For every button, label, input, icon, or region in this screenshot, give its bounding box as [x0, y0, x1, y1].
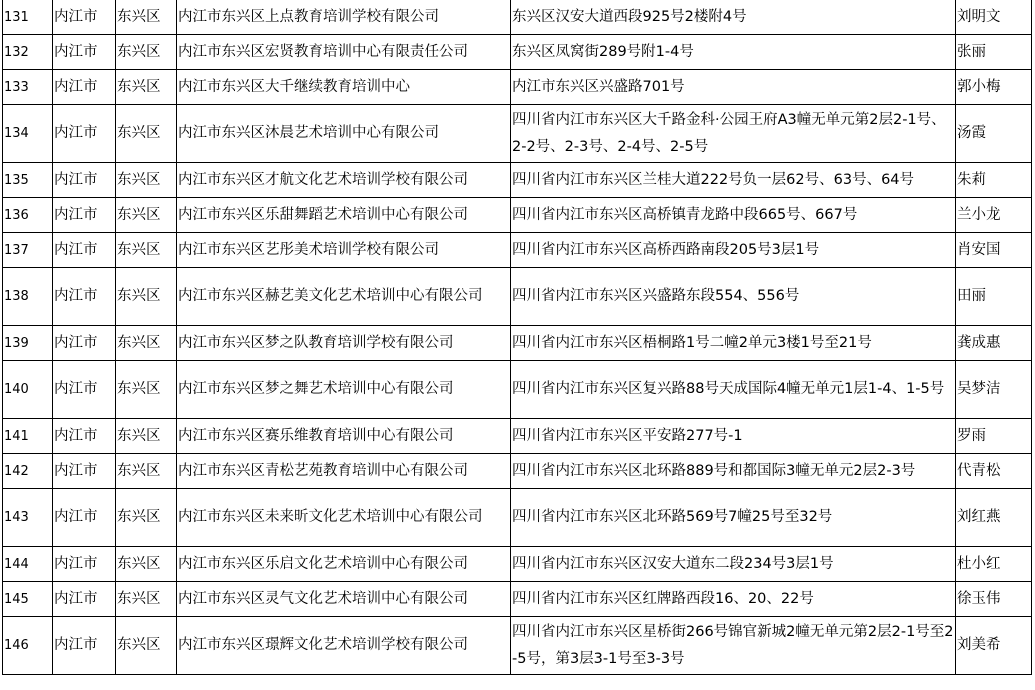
row-number-cell: 132 — [3, 35, 53, 70]
institution-name-cell: 内江市东兴区未来昕文化艺术培训中心有限公司 — [177, 489, 511, 547]
address-cell: 四川省内江市东兴区高桥镇青龙路中段665号、667号 — [511, 198, 956, 233]
table-row: 137内江市东兴区内江市东兴区艺彤美术培训学校有限公司四川省内江市东兴区高桥西路… — [3, 233, 1032, 268]
legal-representative-cell: 郭小梅 — [956, 70, 1032, 105]
district-cell: 东兴区 — [116, 617, 177, 675]
district-cell: 东兴区 — [116, 105, 177, 163]
institution-name-cell: 内江市东兴区赫艺美文化艺术培训中心有限公司 — [177, 268, 511, 326]
district-cell: 东兴区 — [116, 70, 177, 105]
legal-representative-cell: 田丽 — [956, 268, 1032, 326]
district-cell: 东兴区 — [116, 326, 177, 361]
row-number-cell: 139 — [3, 326, 53, 361]
institution-name-cell: 内江市东兴区梦之舞艺术培训中心有限公司 — [177, 361, 511, 419]
institution-name-cell: 内江市东兴区上点教育培训学校有限公司 — [177, 0, 511, 35]
legal-representative-cell: 肖安国 — [956, 233, 1032, 268]
address-cell: 四川省内江市东兴区高桥西路南段205号3层1号 — [511, 233, 956, 268]
table-row: 136内江市东兴区内江市东兴区乐甜舞蹈艺术培训中心有限公司四川省内江市东兴区高桥… — [3, 198, 1032, 233]
row-number-cell: 136 — [3, 198, 53, 233]
legal-representative-cell: 代青松 — [956, 454, 1032, 489]
legal-representative-cell: 兰小龙 — [956, 198, 1032, 233]
city-cell: 内江市 — [53, 198, 116, 233]
district-cell: 东兴区 — [116, 0, 177, 35]
institution-name-cell: 内江市东兴区灵气文化艺术培训中心有限公司 — [177, 582, 511, 617]
legal-representative-cell: 张丽 — [956, 35, 1032, 70]
row-number-cell: 137 — [3, 233, 53, 268]
city-cell: 内江市 — [53, 0, 116, 35]
institution-name-cell: 内江市东兴区乐启文化艺术培训中心有限公司 — [177, 547, 511, 582]
institution-table: 131内江市东兴区内江市东兴区上点教育培训学校有限公司东兴区汉安大道西段925号… — [2, 0, 1032, 675]
row-number-cell: 131 — [3, 0, 53, 35]
city-cell: 内江市 — [53, 582, 116, 617]
address-cell: 东兴区汉安大道西段925号2楼附4号 — [511, 0, 956, 35]
address-cell: 四川省内江市东兴区红牌路西段16、20、22号 — [511, 582, 956, 617]
legal-representative-cell: 刘明文 — [956, 0, 1032, 35]
table-row: 139内江市东兴区内江市东兴区梦之队教育培训学校有限公司四川省内江市东兴区梧桐路… — [3, 326, 1032, 361]
institution-name-cell: 内江市东兴区才航文化艺术培训学校有限公司 — [177, 163, 511, 198]
legal-representative-cell: 杜小红 — [956, 547, 1032, 582]
institution-name-cell: 内江市东兴区璟辉文化艺术培训学校有限公司 — [177, 617, 511, 675]
city-cell: 内江市 — [53, 268, 116, 326]
district-cell: 东兴区 — [116, 198, 177, 233]
legal-representative-cell: 汤霞 — [956, 105, 1032, 163]
district-cell: 东兴区 — [116, 268, 177, 326]
legal-representative-cell: 朱莉 — [956, 163, 1032, 198]
legal-representative-cell: 吴梦洁 — [956, 361, 1032, 419]
address-cell: 四川省内江市东兴区星桥街266号锦官新城2幢无单元第2层2-1号至2-5号，第3… — [511, 617, 956, 675]
city-cell: 内江市 — [53, 547, 116, 582]
city-cell: 内江市 — [53, 70, 116, 105]
table-row: 134内江市东兴区内江市东兴区沐晨艺术培训中心有限公司四川省内江市东兴区大千路金… — [3, 105, 1032, 163]
city-cell: 内江市 — [53, 105, 116, 163]
table-row: 138内江市东兴区内江市东兴区赫艺美文化艺术培训中心有限公司四川省内江市东兴区兴… — [3, 268, 1032, 326]
city-cell: 内江市 — [53, 489, 116, 547]
address-cell: 四川省内江市东兴区汉安大道东二段234号3层1号 — [511, 547, 956, 582]
row-number-cell: 141 — [3, 419, 53, 454]
institution-name-cell: 内江市东兴区青松艺苑教育培训中心有限公司 — [177, 454, 511, 489]
table-row: 131内江市东兴区内江市东兴区上点教育培训学校有限公司东兴区汉安大道西段925号… — [3, 0, 1032, 35]
row-number-cell: 143 — [3, 489, 53, 547]
table-row: 140内江市东兴区内江市东兴区梦之舞艺术培训中心有限公司四川省内江市东兴区复兴路… — [3, 361, 1032, 419]
address-cell: 四川省内江市东兴区平安路277号-1 — [511, 419, 956, 454]
city-cell: 内江市 — [53, 326, 116, 361]
row-number-cell: 145 — [3, 582, 53, 617]
address-cell: 四川省内江市东兴区北环路889号和都国际3幢无单元2层2-3号 — [511, 454, 956, 489]
table-row: 144内江市东兴区内江市东兴区乐启文化艺术培训中心有限公司四川省内江市东兴区汉安… — [3, 547, 1032, 582]
table-row: 133内江市东兴区内江市东兴区大千继续教育培训中心内江市东兴区兴盛路701号郭小… — [3, 70, 1032, 105]
table-row: 146内江市东兴区内江市东兴区璟辉文化艺术培训学校有限公司四川省内江市东兴区星桥… — [3, 617, 1032, 675]
district-cell: 东兴区 — [116, 35, 177, 70]
row-number-cell: 138 — [3, 268, 53, 326]
address-cell: 四川省内江市东兴区大千路金科·公园王府A3幢无单元第2层2-1号、2-2号、2-… — [511, 105, 956, 163]
district-cell: 东兴区 — [116, 454, 177, 489]
district-cell: 东兴区 — [116, 547, 177, 582]
table-row: 135内江市东兴区内江市东兴区才航文化艺术培训学校有限公司四川省内江市东兴区兰桂… — [3, 163, 1032, 198]
city-cell: 内江市 — [53, 35, 116, 70]
city-cell: 内江市 — [53, 419, 116, 454]
district-cell: 东兴区 — [116, 163, 177, 198]
table-row: 141内江市东兴区内江市东兴区赛乐维教育培训中心有限公司四川省内江市东兴区平安路… — [3, 419, 1032, 454]
institution-name-cell: 内江市东兴区赛乐维教育培训中心有限公司 — [177, 419, 511, 454]
district-cell: 东兴区 — [116, 419, 177, 454]
table-row: 142内江市东兴区内江市东兴区青松艺苑教育培训中心有限公司四川省内江市东兴区北环… — [3, 454, 1032, 489]
row-number-cell: 142 — [3, 454, 53, 489]
institution-name-cell: 内江市东兴区沐晨艺术培训中心有限公司 — [177, 105, 511, 163]
legal-representative-cell: 罗雨 — [956, 419, 1032, 454]
address-cell: 内江市东兴区兴盛路701号 — [511, 70, 956, 105]
table-row: 143内江市东兴区内江市东兴区未来昕文化艺术培训中心有限公司四川省内江市东兴区北… — [3, 489, 1032, 547]
address-cell: 四川省内江市东兴区兰桂大道222号负一层62号、63号、64号 — [511, 163, 956, 198]
row-number-cell: 134 — [3, 105, 53, 163]
table-row: 132内江市东兴区内江市东兴区宏贤教育培训中心有限责任公司东兴区凤窝街289号附… — [3, 35, 1032, 70]
district-cell: 东兴区 — [116, 361, 177, 419]
district-cell: 东兴区 — [116, 489, 177, 547]
address-cell: 四川省内江市东兴区兴盛路东段554、556号 — [511, 268, 956, 326]
institution-name-cell: 内江市东兴区梦之队教育培训学校有限公司 — [177, 326, 511, 361]
city-cell: 内江市 — [53, 163, 116, 198]
row-number-cell: 144 — [3, 547, 53, 582]
row-number-cell: 140 — [3, 361, 53, 419]
row-number-cell: 133 — [3, 70, 53, 105]
institution-name-cell: 内江市东兴区宏贤教育培训中心有限责任公司 — [177, 35, 511, 70]
city-cell: 内江市 — [53, 233, 116, 268]
city-cell: 内江市 — [53, 454, 116, 489]
row-number-cell: 135 — [3, 163, 53, 198]
district-cell: 东兴区 — [116, 233, 177, 268]
city-cell: 内江市 — [53, 361, 116, 419]
legal-representative-cell: 徐玉伟 — [956, 582, 1032, 617]
institution-name-cell: 内江市东兴区大千继续教育培训中心 — [177, 70, 511, 105]
legal-representative-cell: 刘美希 — [956, 617, 1032, 675]
table-row: 145内江市东兴区内江市东兴区灵气文化艺术培训中心有限公司四川省内江市东兴区红牌… — [3, 582, 1032, 617]
row-number-cell: 146 — [3, 617, 53, 675]
address-cell: 东兴区凤窝街289号附1-4号 — [511, 35, 956, 70]
city-cell: 内江市 — [53, 617, 116, 675]
table-body: 131内江市东兴区内江市东兴区上点教育培训学校有限公司东兴区汉安大道西段925号… — [3, 0, 1032, 675]
legal-representative-cell: 刘红燕 — [956, 489, 1032, 547]
legal-representative-cell: 龚成惠 — [956, 326, 1032, 361]
institution-name-cell: 内江市东兴区乐甜舞蹈艺术培训中心有限公司 — [177, 198, 511, 233]
institution-name-cell: 内江市东兴区艺彤美术培训学校有限公司 — [177, 233, 511, 268]
address-cell: 四川省内江市东兴区复兴路88号天成国际4幢无单元1层1-4、1-5号 — [511, 361, 956, 419]
district-cell: 东兴区 — [116, 582, 177, 617]
address-cell: 四川省内江市东兴区梧桐路1号二幢2单元3楼1号至21号 — [511, 326, 956, 361]
address-cell: 四川省内江市东兴区北环路569号7幢25号至32号 — [511, 489, 956, 547]
